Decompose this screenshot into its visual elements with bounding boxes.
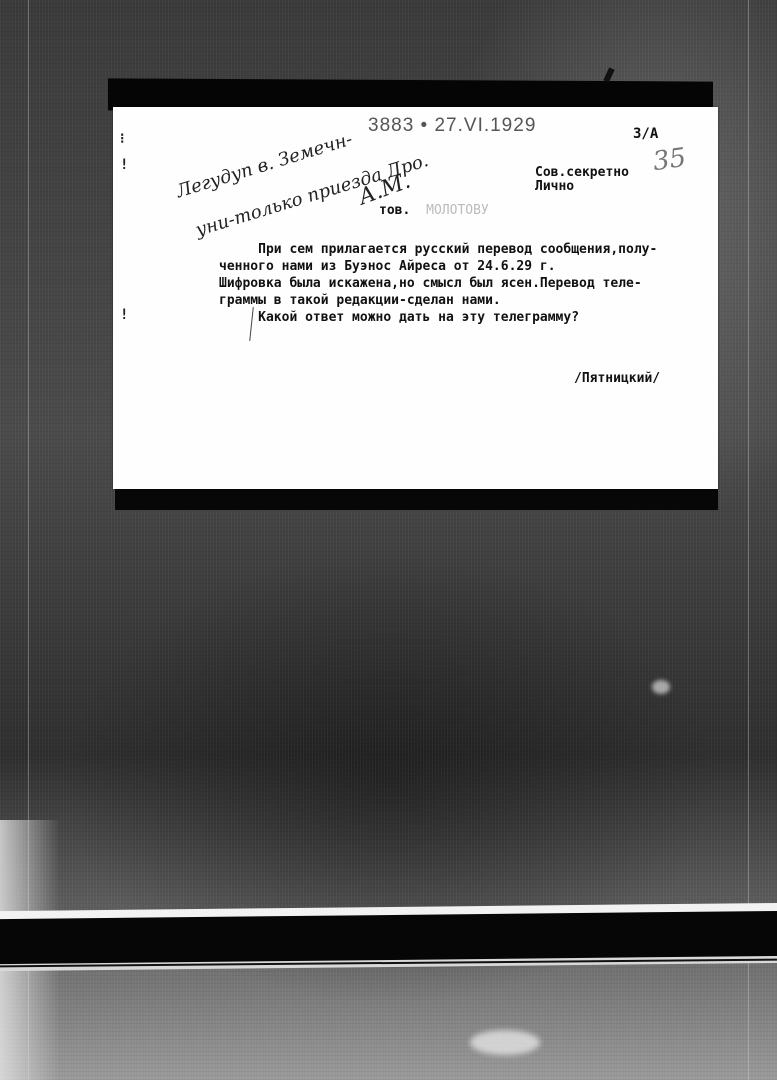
addressee-name: МОЛОТОВУ [426, 203, 489, 218]
body-line: Какой ответ можно дать на эту телеграмму… [219, 309, 719, 326]
body-line: Шифровка была искажена,но смысл был ясен… [219, 275, 719, 292]
registration-stamp: 3883 • 27.VI.1929 [368, 115, 536, 137]
classification-secret: Сов.секретно [535, 165, 629, 180]
scan-blemish [652, 680, 670, 694]
addressee: тов. МОЛОТОВУ [379, 203, 489, 218]
body-line: При сем прилагается русский перевод сооб… [219, 241, 719, 258]
addressee-prefix: тов. [379, 203, 410, 218]
memo-body: При сем прилагается русский перевод сооб… [219, 241, 719, 326]
body-line: ченного нами из Буэнос Айреса от 24.6.29… [219, 258, 719, 275]
reference-code: З/А [633, 126, 658, 142]
scan-blemish [470, 1030, 540, 1055]
body-line: граммы в такой редакции-сделан нами. [219, 292, 719, 309]
fold-shadow-band [0, 911, 777, 964]
signature: /Пятницкий/ [574, 371, 660, 386]
margin-mark: ! [120, 307, 128, 323]
classification-personal: Лично [535, 179, 574, 194]
margin-mark: ⁝ [120, 131, 124, 147]
margin-mark: ! [120, 157, 128, 173]
memo-card: ⁝ ! ! 3883 • 27.VI.1929 З/А 35 Сов.секре… [113, 107, 718, 489]
page-number: 35 [651, 143, 688, 177]
